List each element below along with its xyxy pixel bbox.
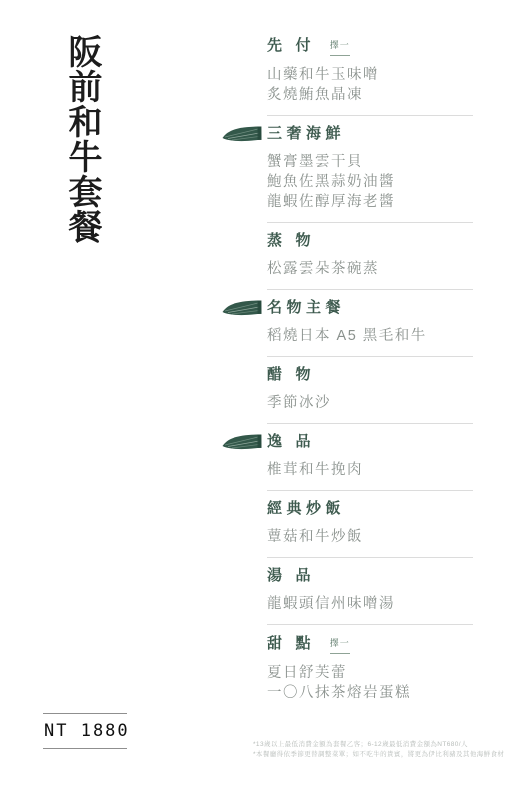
section-items: 椎茸和牛挽肉 [267, 460, 473, 480]
section-header: 醋物 [267, 366, 473, 384]
menu-item: 松露雲朵茶碗蒸 [267, 259, 473, 279]
section-divider [267, 624, 473, 625]
section-divider [267, 115, 473, 116]
menu-section: 蒸物 松露雲朵茶碗蒸 [267, 232, 473, 279]
section-items: 松露雲朵茶碗蒸 [267, 259, 473, 279]
menu-item: 山藥和牛玉味噌 [267, 65, 473, 85]
menu-item: 蟹膏墨雲干貝 [267, 152, 473, 172]
menu-item: 夏日舒芙蕾 [267, 663, 473, 683]
section-header-text: 醋物 [267, 367, 324, 383]
section-items: 龍蝦頭信州味噌湯 [267, 594, 473, 614]
menu-item: 龍蝦頭信州味噌湯 [267, 594, 473, 614]
section-header: 蒸物 [267, 232, 473, 250]
section-items: 季節冰沙 [267, 393, 473, 413]
section-header-text: 甜點 [267, 636, 324, 652]
menu-item: 季節冰沙 [267, 393, 473, 413]
leaf-icon [222, 125, 262, 143]
menu-item: 蕈菇和牛炒飯 [267, 527, 473, 547]
menu-item: 龍蝦佐醇厚海老醬 [267, 192, 473, 212]
section-header-text: 蒸物 [267, 233, 324, 249]
choose-one-note: 擇一 [330, 634, 350, 654]
menu-page: 阪前和牛套餐 NT 1880 先付 擇一 山藥和牛玉味噌炙燒鮪魚晶凍 三奢海鮮 [0, 0, 529, 800]
menu-section: 名物主餐 稻燒日本 A5 黑毛和牛 [267, 299, 473, 346]
section-header: 先付 擇一 [267, 36, 473, 56]
section-header: 湯品 [267, 567, 473, 585]
section-header-text: 三奢海鮮 [267, 126, 345, 142]
section-header-text: 湯品 [267, 568, 324, 584]
leaf-icon [222, 433, 262, 451]
menu-section: 醋物 季節冰沙 [267, 366, 473, 413]
menu-section: 經典炒飯 蕈菇和牛炒飯 [267, 500, 473, 547]
menu-item: 一〇八抹茶熔岩蛋糕 [267, 683, 473, 703]
choose-one-note: 擇一 [330, 36, 350, 56]
menu-section: 逸品 椎茸和牛挽肉 [267, 433, 473, 480]
menu-section: 湯品 龍蝦頭信州味噌湯 [267, 567, 473, 614]
section-header: 三奢海鮮 [267, 125, 473, 143]
section-header-text: 名物主餐 [267, 300, 345, 316]
section-items: 夏日舒芙蕾一〇八抹茶熔岩蛋糕 [267, 663, 473, 703]
section-header: 經典炒飯 [267, 500, 473, 518]
menu-item: 炙燒鮪魚晶凍 [267, 85, 473, 105]
section-divider [267, 490, 473, 491]
price-text: NT 1880 [43, 714, 127, 748]
menu-section: 先付 擇一 山藥和牛玉味噌炙燒鮪魚晶凍 [267, 36, 473, 105]
menu-section: 甜點 擇一 夏日舒芙蕾一〇八抹茶熔岩蛋糕 [267, 634, 473, 703]
section-divider [267, 289, 473, 290]
section-header-text: 逸品 [267, 434, 324, 450]
footnote: *本餐廳得依季節更替調整菜單；如不吃牛的貴賓，將更為伊比利豬及其他海鮮食材 [253, 750, 523, 760]
section-header: 甜點 擇一 [267, 634, 473, 654]
menu-title: 阪前和牛套餐 [57, 34, 106, 244]
footnotes: *13歲以上最低消費金額為套餐乙客；6-12歲最低消費金額為NT680/人*本餐… [253, 740, 523, 760]
section-divider [267, 356, 473, 357]
section-header: 逸品 [267, 433, 473, 451]
leaf-icon [222, 299, 262, 317]
price-block: NT 1880 [43, 713, 127, 749]
section-divider [267, 557, 473, 558]
section-header-text: 先付 [267, 38, 324, 54]
section-divider [267, 222, 473, 223]
menu-item: 鮑魚佐黑蒜奶油醬 [267, 172, 473, 192]
section-items: 蟹膏墨雲干貝鮑魚佐黑蒜奶油醬龍蝦佐醇厚海老醬 [267, 152, 473, 212]
section-header-text: 經典炒飯 [267, 501, 345, 517]
section-header: 名物主餐 [267, 299, 473, 317]
menu-sections: 先付 擇一 山藥和牛玉味噌炙燒鮪魚晶凍 三奢海鮮 蟹膏墨雲干貝鮑魚佐黑蒜奶油醬龍… [267, 36, 473, 703]
section-divider [267, 423, 473, 424]
section-items: 蕈菇和牛炒飯 [267, 527, 473, 547]
section-items: 山藥和牛玉味噌炙燒鮪魚晶凍 [267, 65, 473, 105]
section-items: 稻燒日本 A5 黑毛和牛 [267, 326, 473, 346]
price-divider-bottom [43, 748, 127, 749]
menu-section: 三奢海鮮 蟹膏墨雲干貝鮑魚佐黑蒜奶油醬龍蝦佐醇厚海老醬 [267, 125, 473, 212]
footnote: *13歲以上最低消費金額為套餐乙客；6-12歲最低消費金額為NT680/人 [253, 740, 523, 750]
menu-item: 椎茸和牛挽肉 [267, 460, 473, 480]
menu-item: 稻燒日本 A5 黑毛和牛 [267, 326, 473, 346]
